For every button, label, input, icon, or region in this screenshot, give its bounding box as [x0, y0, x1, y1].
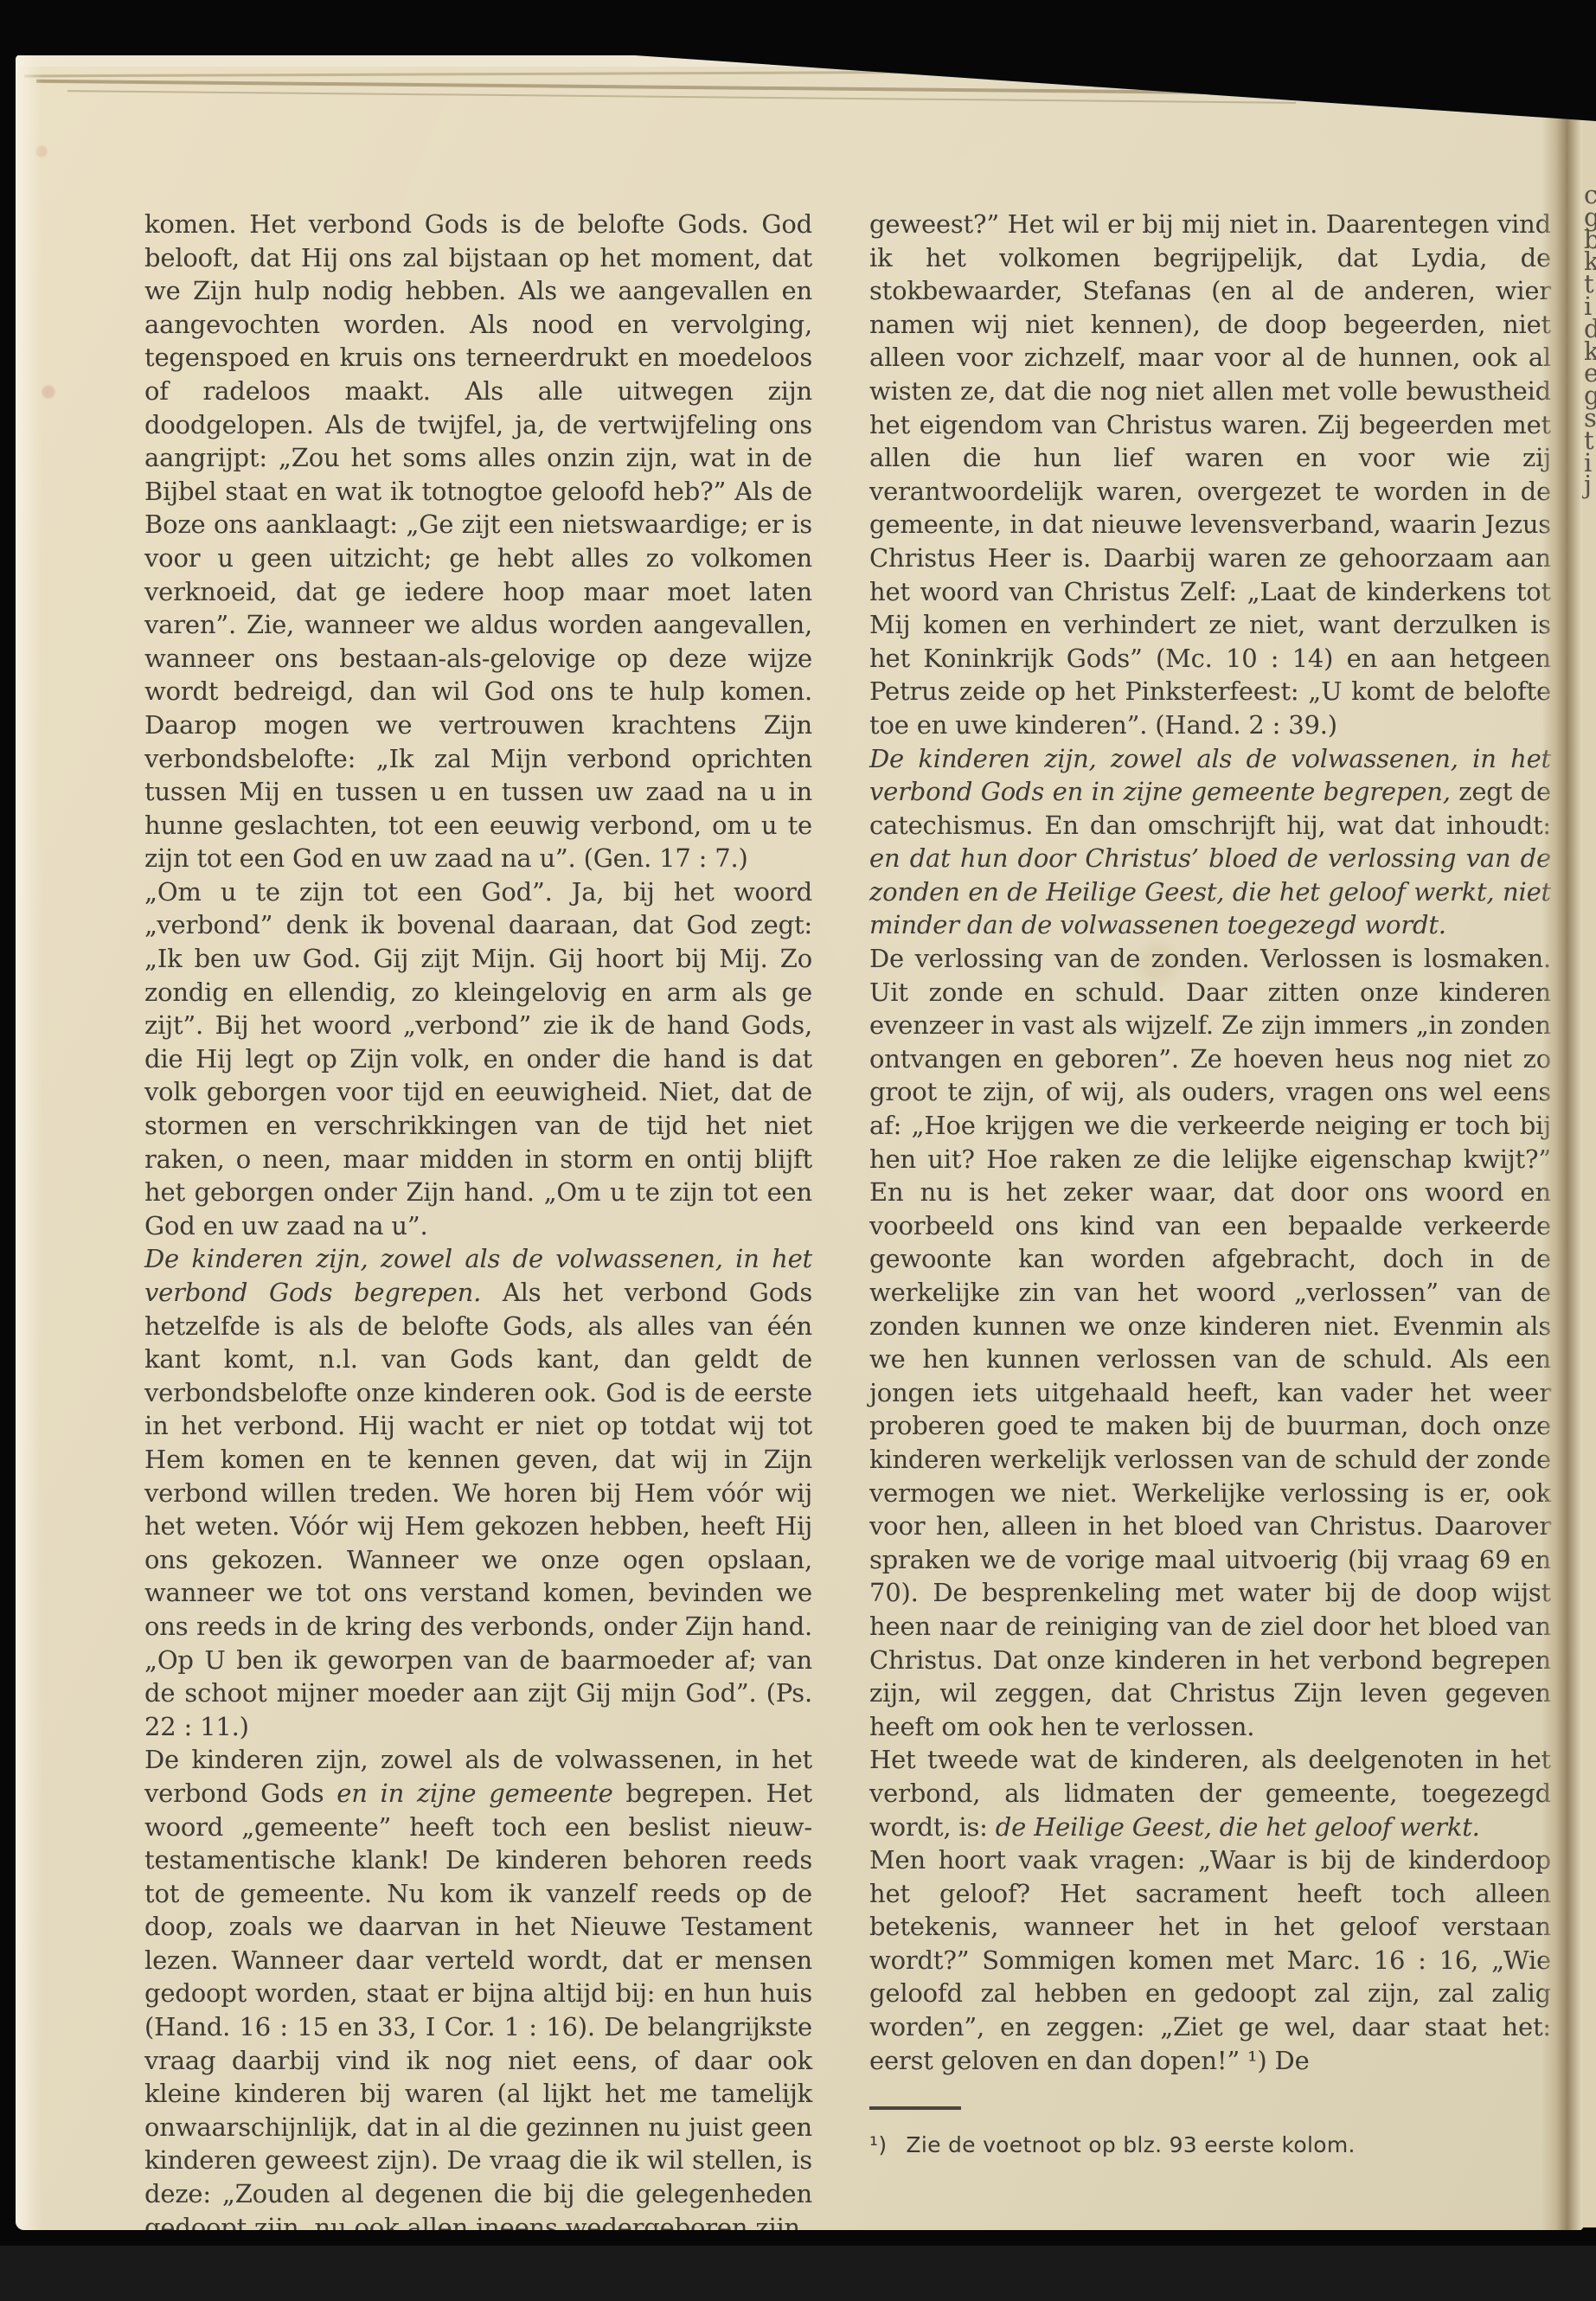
- photo-background: komen. Het verbond Gods is de belofte Go…: [0, 0, 1596, 2301]
- text-paragraph: geweest?” Het wil er bij mij niet in. Da…: [869, 208, 1551, 742]
- text-paragraph: De kinderen zijn, zowel als de volwassen…: [869, 742, 1551, 943]
- text-paragraph: Het tweede wat de kinderen, als deelgeno…: [869, 1743, 1551, 1843]
- text-paragraph: De verlossing van de zonden. Verlossen i…: [869, 942, 1551, 1743]
- text-paragraph: Men hoort vaak vragen: „Waar is bij de k…: [869, 1843, 1551, 2077]
- footnote-marker: ¹): [869, 2132, 887, 2157]
- footnote-text: Zie de voetnoot op blz. 93 eerste kolom.: [906, 2132, 1355, 2157]
- photo-bottom-band: [0, 2246, 1596, 2301]
- footnote-rule: [869, 2106, 961, 2110]
- footnote-line: ¹)Zie de voetnoot op blz. 93 eerste kolo…: [869, 2129, 1551, 2163]
- next-page-edge: cgbktidkegstij: [1582, 61, 1596, 2227]
- page-left-fore-edge: [16, 54, 42, 2230]
- text-paragraph: De kinderen zijn, zowel als de volwassen…: [144, 1242, 812, 1743]
- footnote: ¹)Zie de voetnoot op blz. 93 eerste kolo…: [869, 2106, 1551, 2163]
- text-paragraph: komen. Het verbond Gods is de belofte Go…: [144, 208, 812, 875]
- page-gutter-shadow: [1542, 54, 1583, 2230]
- left-column: komen. Het verbond Gods is de belofte Go…: [144, 208, 812, 2230]
- page-stack-edge-line: [24, 71, 1010, 78]
- next-page-cut-letter: j: [1584, 470, 1592, 499]
- book-page: komen. Het verbond Gods is de belofte Go…: [16, 54, 1583, 2230]
- right-column: geweest?” Het wil er bij mij niet in. Da…: [869, 208, 1551, 2163]
- text-paragraph: De kinderen zijn, zowel als de volwassen…: [144, 1743, 812, 2230]
- text-paragraph: „Om u te zijn tot een God”. Ja, bij het …: [144, 875, 812, 1243]
